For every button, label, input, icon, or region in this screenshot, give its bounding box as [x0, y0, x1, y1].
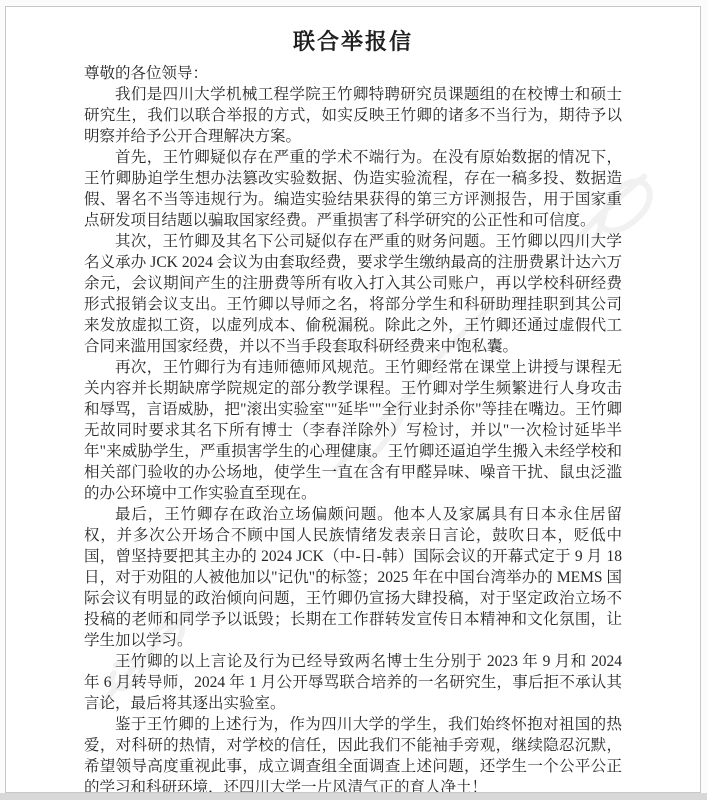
document-viewport: 联合举报信 尊敬的各位领导： 我们是四川大学机械工程学院王竹卿特聘研究员课题组的… [0, 0, 707, 800]
paragraph: 其次，王竹卿及其名下公司疑似存在严重的财务问题。王竹卿以四川大学名义承办 JCK… [84, 231, 622, 357]
paragraph: 首先，王竹卿疑似存在严重的学术不端行为。在没有原始数据的情况下，王竹卿胁迫学生想… [84, 147, 622, 231]
letter-paragraphs: 我们是四川大学机械工程学院王竹卿特聘研究员课题组的在校博士和硕士研究生，我们以联… [84, 84, 622, 793]
letter-title: 联合举报信 [6, 25, 700, 56]
paragraph: 王竹卿的以上言论及行为已经导致两名博士生分别于 2023 年 9 月和 2024… [84, 651, 622, 714]
letter-page: 联合举报信 尊敬的各位领导： 我们是四川大学机械工程学院王竹卿特聘研究员课题组的… [5, 6, 701, 793]
paragraph: 再次，王竹卿行为有违师德师风规范。王竹卿经常在课堂上讲授与课程无关内容并长期缺席… [84, 357, 622, 504]
salutation: 尊敬的各位领导： [84, 63, 622, 84]
viewer-bottom-edge [0, 793, 707, 800]
letter-body: 尊敬的各位领导： 我们是四川大学机械工程学院王竹卿特聘研究员课题组的在校博士和硕… [84, 63, 622, 793]
paragraph: 最后，王竹卿存在政治立场偏颇问题。他本人及家属具有日本永住居留权，并多次公开场合… [84, 504, 622, 651]
paragraph: 鉴于王竹卿的上述行为，作为四川大学的学生，我们始终怀抱对祖国的热爱，对科研的热情… [84, 714, 622, 793]
paragraph: 我们是四川大学机械工程学院王竹卿特聘研究员课题组的在校博士和硕士研究生，我们以联… [84, 84, 622, 147]
